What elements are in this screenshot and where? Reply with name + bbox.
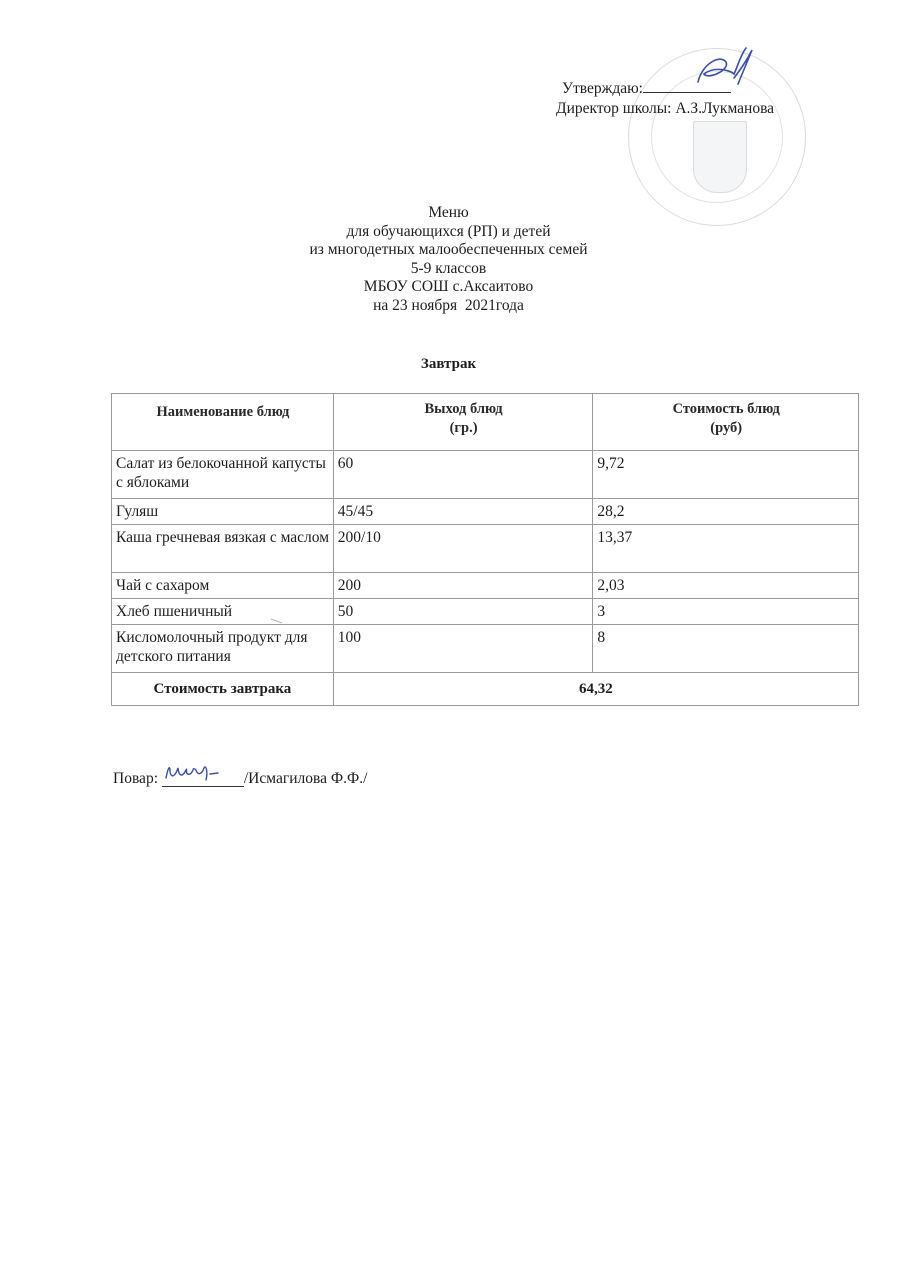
document-title: Меню для обучающихся (РП) и детей из мно…	[0, 204, 897, 316]
header-cost: Стоимость блюд (руб)	[593, 394, 859, 451]
dish-cost: 13,37	[593, 525, 859, 573]
meal-heading: Завтрак	[0, 356, 897, 373]
table-row: Каша гречневая вязкая с маслом 200/10 13…	[112, 525, 859, 573]
table-row: Кисломолочный продукт для детского питан…	[112, 625, 859, 673]
dish-name: Салат из белокочанной капусты с яблоками	[112, 451, 334, 499]
stray-pen-mark	[270, 618, 284, 624]
cook-signature-block: Повар: /Исмагилова Ф.Ф./	[113, 766, 367, 788]
header-yield-line1: Выход блюд	[338, 400, 590, 419]
approve-label: Утверждаю:	[562, 80, 643, 97]
title-line: из многодетных малообеспеченных семей	[0, 241, 897, 260]
dish-cost: 2,03	[593, 573, 859, 599]
seal-emblem-icon	[693, 121, 747, 193]
table-header-row: Наименование блюд Выход блюд (гр.) Стоим…	[112, 394, 859, 451]
dish-name: Каша гречневая вязкая с маслом	[112, 525, 334, 573]
cook-signature	[162, 758, 244, 784]
total-label: Стоимость завтрака	[112, 673, 334, 706]
dish-yield: 45/45	[333, 499, 593, 525]
dish-name: Чай с сахаром	[112, 573, 334, 599]
dish-name: Гуляш	[112, 499, 334, 525]
dish-yield: 200/10	[333, 525, 593, 573]
dish-name: Кисломолочный продукт для детского питан…	[112, 625, 334, 673]
dish-cost: 8	[593, 625, 859, 673]
total-value: 64,32	[333, 673, 858, 706]
dish-yield: 60	[333, 451, 593, 499]
dish-yield: 200	[333, 573, 593, 599]
dish-cost: 9,72	[593, 451, 859, 499]
title-line: для обучающихся (РП) и детей	[0, 223, 897, 242]
header-cost-line1: Стоимость блюд	[597, 400, 855, 419]
table-total-row: Стоимость завтрака 64,32	[112, 673, 859, 706]
cook-signature-line	[162, 766, 244, 787]
header-cost-line2: (руб)	[597, 419, 855, 438]
cook-label: Повар:	[113, 770, 158, 787]
header-yield-line2: (гр.)	[338, 419, 590, 438]
dish-name: Хлеб пшеничный	[112, 599, 334, 625]
signature-line	[643, 78, 731, 93]
table-row: Гуляш 45/45 28,2	[112, 499, 859, 525]
menu-table: Наименование блюд Выход блюд (гр.) Стоим…	[111, 393, 859, 706]
title-line: МБОУ СОШ с.Аксаитово	[0, 278, 897, 297]
title-line: 5-9 классов	[0, 260, 897, 279]
header-dish-name: Наименование блюд	[112, 394, 334, 451]
director-name: А.З.Лукманова	[675, 100, 774, 117]
dish-cost: 28,2	[593, 499, 859, 525]
table-row: Чай с сахаром 200 2,03	[112, 573, 859, 599]
table-row: Салат из белокочанной капусты с яблоками…	[112, 451, 859, 499]
approval-block: Утверждаю: Директор школы: А.З.Лукманова	[556, 78, 774, 119]
director-label: Директор школы:	[556, 100, 671, 117]
dish-cost: 3	[593, 599, 859, 625]
dish-yield: 50	[333, 599, 593, 625]
table-row: Хлеб пшеничный 50 3	[112, 599, 859, 625]
header-yield: Выход блюд (гр.)	[333, 394, 593, 451]
title-date: на 23 ноября 2021года	[0, 297, 897, 316]
title-line: Меню	[0, 204, 897, 223]
cook-name: /Исмагилова Ф.Ф./	[244, 770, 368, 787]
dish-yield: 100	[333, 625, 593, 673]
